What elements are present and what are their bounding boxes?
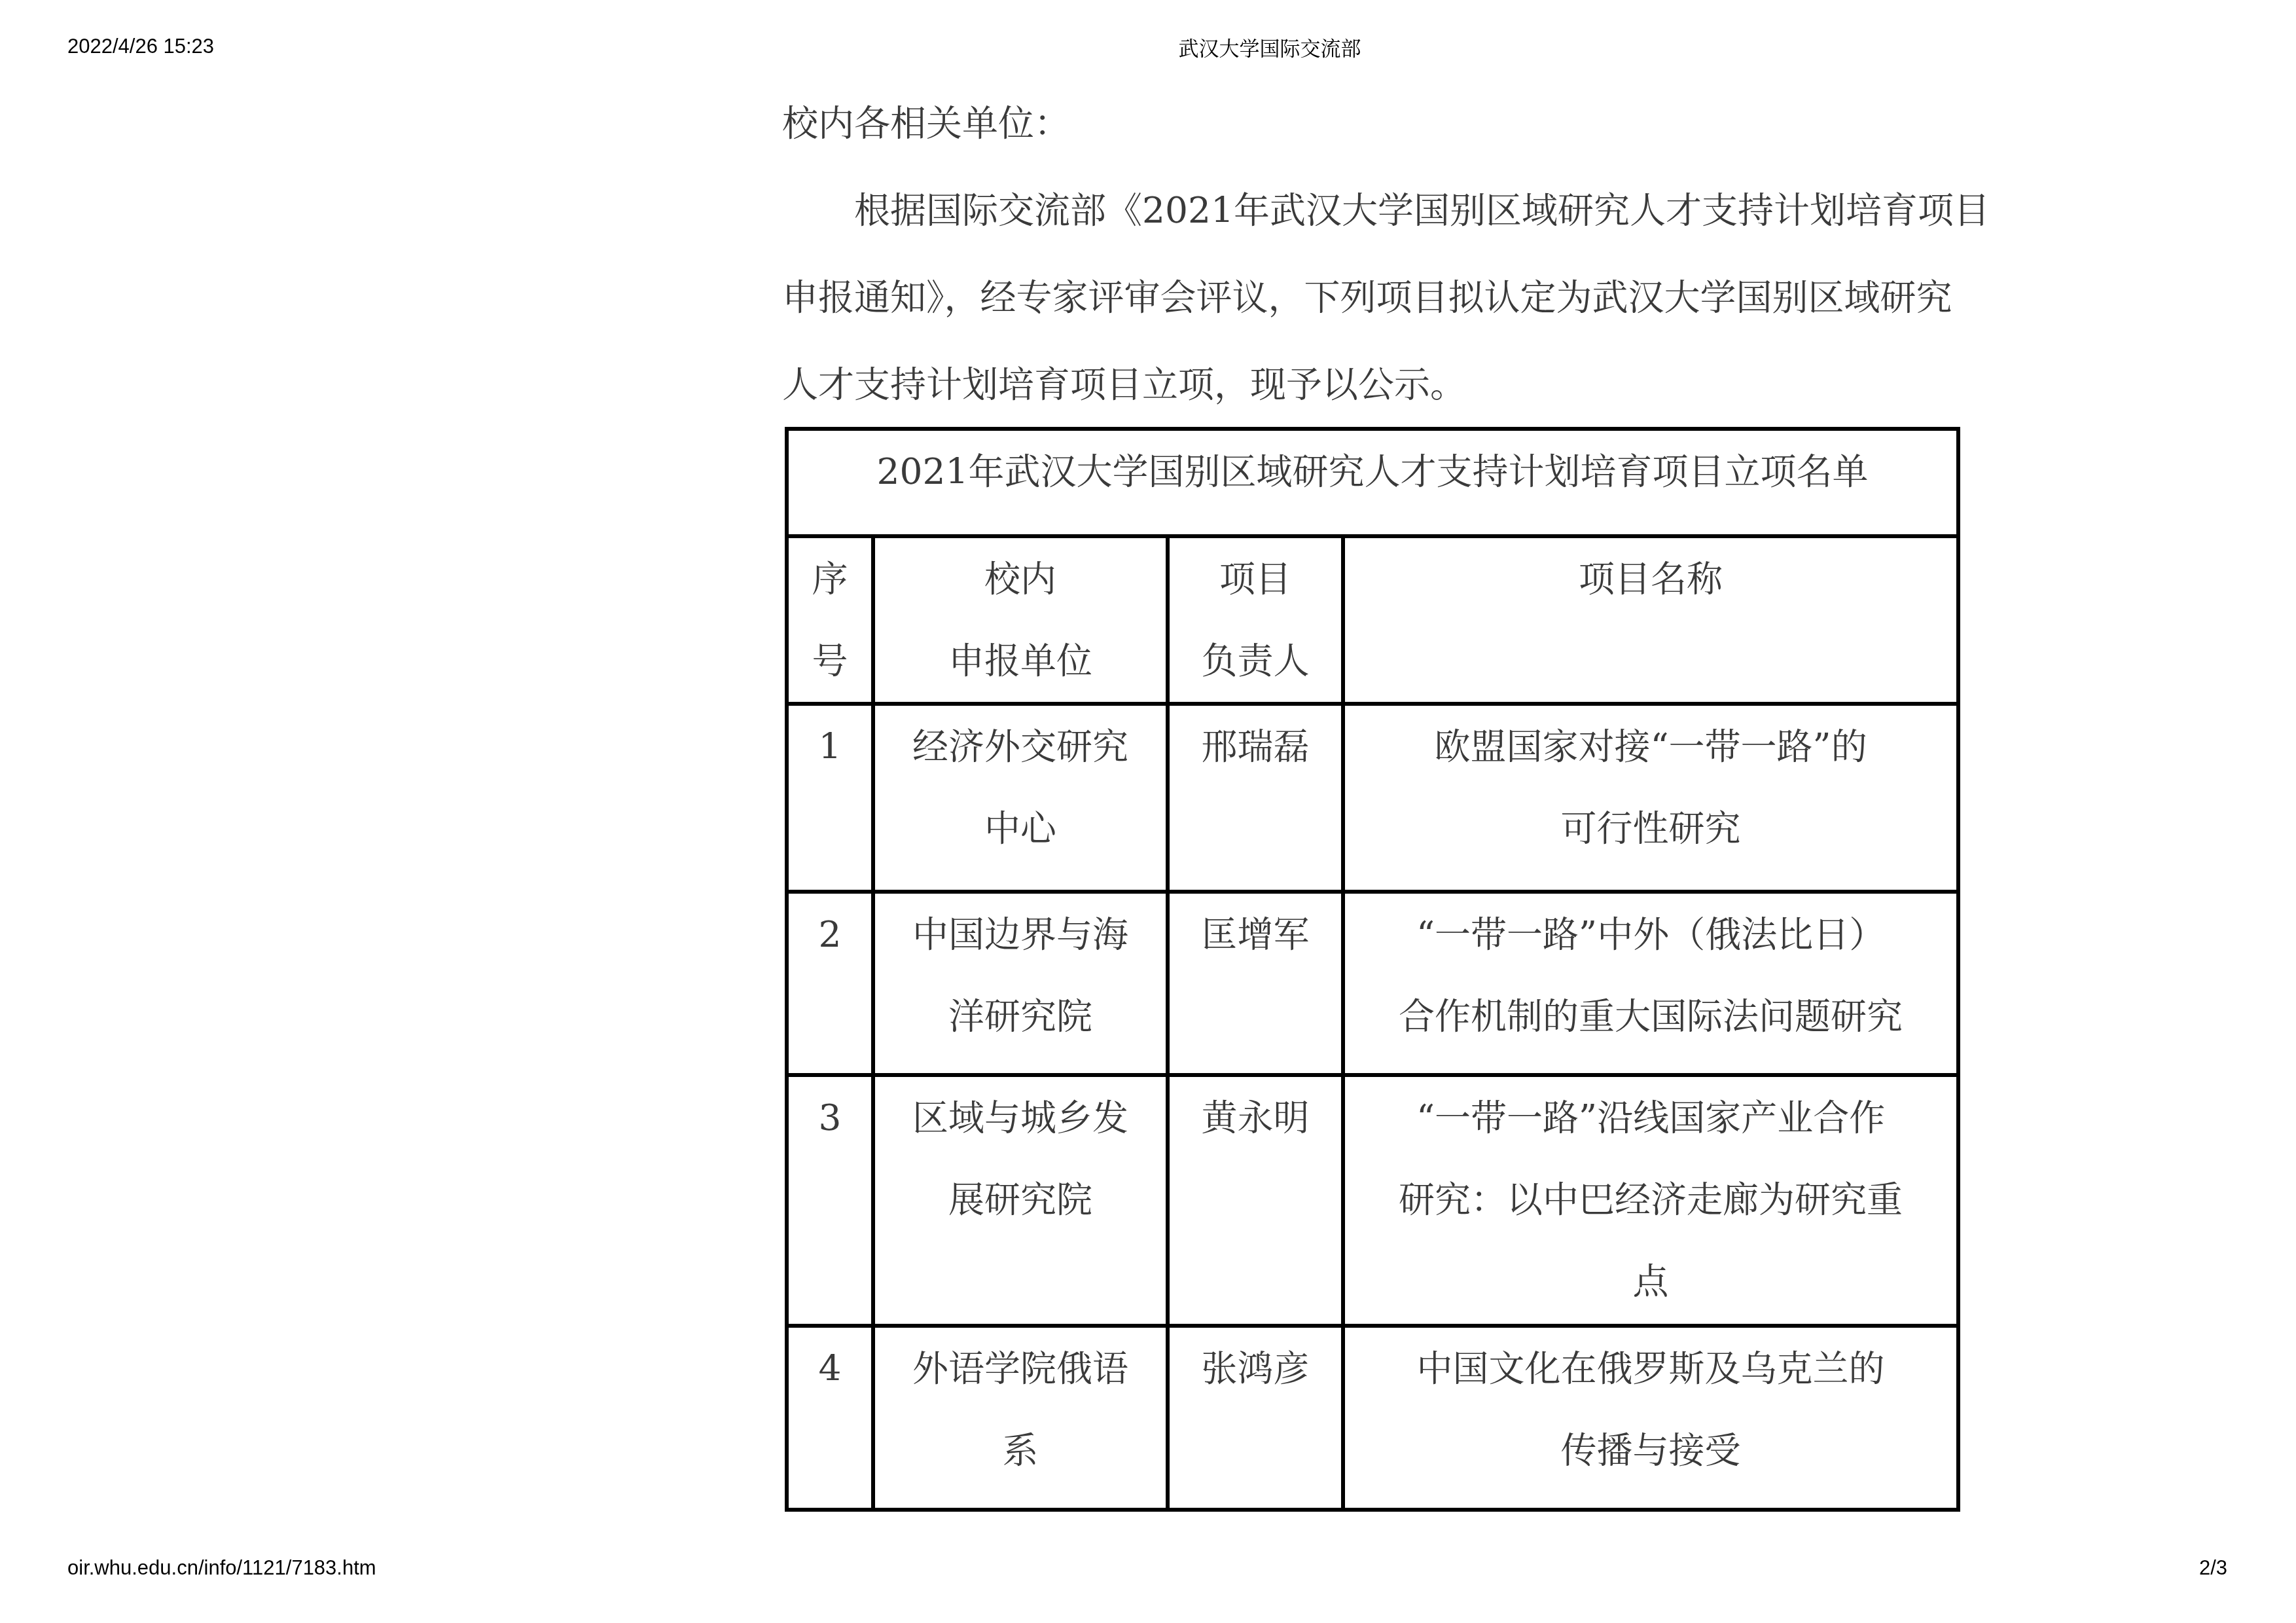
header-line: 号 xyxy=(789,620,871,702)
print-preview-page: 2022/4/26 15:23 武汉大学国际交流部 校内各相关单位： 根据国际交… xyxy=(0,0,2296,1623)
table-title-text: 2021年武汉大学国别区域研究人才支持计划培育项目立项名单 xyxy=(789,431,1956,513)
paragraph-line: 人才支持计划培育项目立项，现予以公示。 xyxy=(782,341,2091,428)
print-timestamp: 2022/4/26 15:23 xyxy=(67,34,214,59)
cell-no: 1 xyxy=(787,704,873,892)
unit-line: 中心 xyxy=(875,788,1166,869)
project-line: 可行性研究 xyxy=(1345,788,1956,869)
table-row: 4 外语学院俄语 系 张鸿彦 中国文化在俄罗斯及乌克兰的 传播与接受 xyxy=(787,1326,1958,1510)
cell-unit: 经济外交研究 中心 xyxy=(873,704,1168,892)
header-project: 项目名称 xyxy=(1343,536,1958,704)
cell-project: 欧盟国家对接“一带一路”的 可行性研究 xyxy=(1343,704,1958,892)
table-title-row: 2021年武汉大学国别区域研究人才支持计划培育项目立项名单 xyxy=(787,429,1958,536)
unit-line: 展研究院 xyxy=(875,1159,1166,1241)
cell-project: 中国文化在俄罗斯及乌克兰的 传播与接受 xyxy=(1343,1326,1958,1510)
cell-no: 3 xyxy=(787,1075,873,1326)
header-no: 序 号 xyxy=(787,536,873,704)
unit-line: 系 xyxy=(875,1410,1166,1491)
row-number: 1 xyxy=(789,706,871,788)
paragraph-line: 根据国际交流部《2021年武汉大学国别区域研究人才支持计划培育项目 xyxy=(782,167,2091,254)
projects-table: 2021年武汉大学国别区域研究人才支持计划培育项目立项名单 序 号 校内 申报单… xyxy=(785,427,1960,1512)
leader-name: 邢瑞磊 xyxy=(1170,706,1341,788)
row-number: 3 xyxy=(789,1077,871,1159)
project-line: 欧盟国家对接“一带一路”的 xyxy=(1345,706,1956,788)
cell-leader: 匡增军 xyxy=(1168,892,1343,1075)
unit-line: 外语学院俄语 xyxy=(875,1328,1166,1410)
project-line: “一带一路”中外（俄法比日） xyxy=(1345,894,1956,976)
cell-no: 2 xyxy=(787,892,873,1075)
project-line: “一带一路”沿线国家产业合作 xyxy=(1345,1077,1956,1159)
row-number: 2 xyxy=(789,894,871,976)
header-line: 负责人 xyxy=(1170,620,1341,702)
project-line: 合作机制的重大国际法问题研究 xyxy=(1345,976,1956,1057)
row-number: 4 xyxy=(789,1328,871,1410)
project-line: 研究：以中巴经济走廊为研究重 xyxy=(1345,1159,1956,1241)
unit-line: 经济外交研究 xyxy=(875,706,1166,788)
cell-no: 4 xyxy=(787,1326,873,1510)
cell-unit: 区域与城乡发 展研究院 xyxy=(873,1075,1168,1326)
page-number: 2/3 xyxy=(2199,1556,2227,1580)
header-line: 校内 xyxy=(875,538,1166,620)
notice-paragraph: 根据国际交流部《2021年武汉大学国别区域研究人才支持计划培育项目 申报通知》，… xyxy=(782,167,2091,428)
table-row: 2 中国边界与海 洋研究院 匡增军 “一带一路”中外（俄法比日） 合作机制的重大… xyxy=(787,892,1958,1075)
header-line: 项目名称 xyxy=(1345,538,1956,620)
unit-line: 区域与城乡发 xyxy=(875,1077,1166,1159)
table-row: 3 区域与城乡发 展研究院 黄永明 “一带一路”沿线国家产业合作 研究：以中巴经… xyxy=(787,1075,1958,1326)
salutation-line: 校内各相关单位： xyxy=(782,80,2091,167)
cell-leader: 张鸿彦 xyxy=(1168,1326,1343,1510)
site-title: 武汉大学国际交流部 xyxy=(942,37,1597,62)
header-line: 申报单位 xyxy=(875,620,1166,702)
project-line: 点 xyxy=(1345,1241,1956,1322)
project-line: 中国文化在俄罗斯及乌克兰的 xyxy=(1345,1328,1956,1410)
table-title: 2021年武汉大学国别区域研究人才支持计划培育项目立项名单 xyxy=(787,429,1958,536)
cell-project: “一带一路”中外（俄法比日） 合作机制的重大国际法问题研究 xyxy=(1343,892,1958,1075)
cell-leader: 黄永明 xyxy=(1168,1075,1343,1326)
table-row: 1 经济外交研究 中心 邢瑞磊 欧盟国家对接“一带一路”的 可行性研究 xyxy=(787,704,1958,892)
paragraph-line: 申报通知》，经专家评审会评议，下列项目拟认定为武汉大学国别区域研究 xyxy=(782,254,2091,341)
table-header-row: 序 号 校内 申报单位 项目 负责人 项目名称 xyxy=(787,536,1958,704)
cell-unit: 外语学院俄语 系 xyxy=(873,1326,1168,1510)
header-line: 序 xyxy=(789,538,871,620)
cell-project: “一带一路”沿线国家产业合作 研究：以中巴经济走廊为研究重 点 xyxy=(1343,1075,1958,1326)
unit-line: 洋研究院 xyxy=(875,976,1166,1057)
header-leader: 项目 负责人 xyxy=(1168,536,1343,704)
cell-leader: 邢瑞磊 xyxy=(1168,704,1343,892)
header-unit: 校内 申报单位 xyxy=(873,536,1168,704)
footer-url: oir.whu.edu.cn/info/1121/7183.htm xyxy=(67,1556,376,1580)
cell-unit: 中国边界与海 洋研究院 xyxy=(873,892,1168,1075)
leader-name: 匡增军 xyxy=(1170,894,1341,976)
project-line: 传播与接受 xyxy=(1345,1410,1956,1491)
unit-line: 中国边界与海 xyxy=(875,894,1166,976)
header-line: 项目 xyxy=(1170,538,1341,620)
leader-name: 张鸿彦 xyxy=(1170,1328,1341,1410)
leader-name: 黄永明 xyxy=(1170,1077,1341,1159)
